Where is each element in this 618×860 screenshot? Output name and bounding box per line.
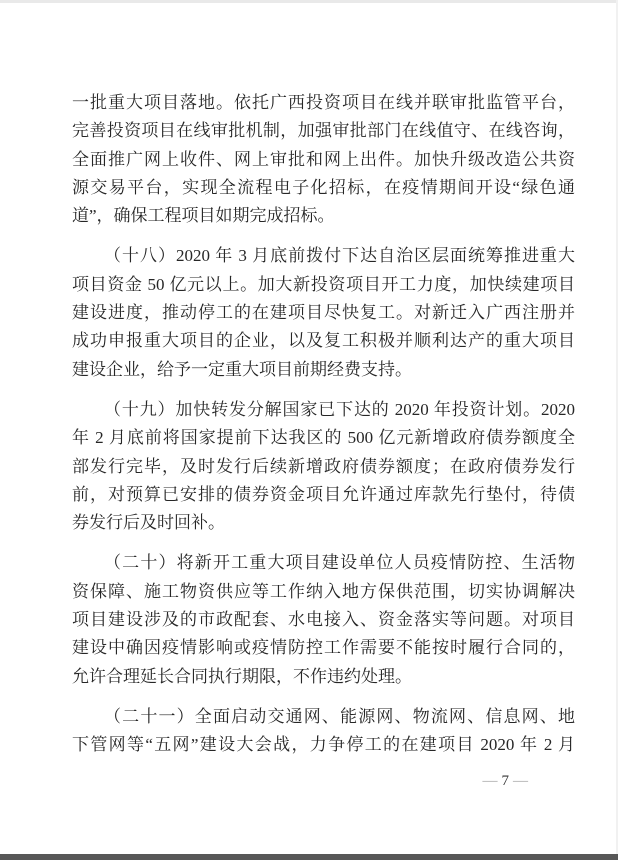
- text-line: 年 2 月底前将国家提前下达我区的 500 亿元新增政府债券额度全: [72, 424, 575, 452]
- page-bottom-bar: [0, 854, 618, 860]
- paragraph: （十九）加快转发分解国家已下达的 2020 年投资计划。2020年 2 月底前将…: [72, 396, 575, 537]
- text-line: 项目资金 50 亿元以上。加大新投资项目开工力度，加快续建项目: [72, 271, 575, 299]
- text-line: 部发行完毕，及时发行后续新增政府债券额度；在政府债券发行: [72, 453, 575, 481]
- text-line: 一批重大项目落地。依托广西投资项目在线并联审批监管平台，: [72, 89, 575, 117]
- document-body: 一批重大项目落地。依托广西投资项目在线并联审批监管平台，完善投资项目在线审批机制…: [72, 89, 575, 760]
- paragraph: 一批重大项目落地。依托广西投资项目在线并联审批监管平台，完善投资项目在线审批机制…: [72, 89, 575, 230]
- text-line: 建设企业，给予一定重大项目前期经费支持。: [72, 356, 575, 384]
- paragraph: （二十一）全面启动交通网、能源网、物流网、信息网、地下管网等“五网”建设大会战，…: [72, 703, 575, 760]
- text-line: 前，对预算已安排的债券资金项目允许通过库款先行垫付，待债: [72, 481, 575, 509]
- page-top-edge: [0, 0, 618, 3]
- text-line: （二十一）全面启动交通网、能源网、物流网、信息网、地: [72, 703, 575, 731]
- text-line: 项目建设涉及的市政配套、水电接入、资金落实等问题。对项目: [72, 606, 575, 634]
- text-line: 下管网等“五网”建设大会战，力争停工的在建项目 2020 年 2 月: [72, 731, 575, 759]
- text-line: （十九）加快转发分解国家已下达的 2020 年投资计划。2020: [72, 396, 575, 424]
- paragraph: （十八）2020 年 3 月底前拨付下达自治区层面统筹推进重大项目资金 50 亿…: [72, 242, 575, 383]
- text-line: 券发行后及时回补。: [72, 509, 575, 537]
- page-number-value: 7: [502, 771, 510, 791]
- text-line: 完善投资项目在线审批机制，加强审批部门在线值守、在线咨询，: [72, 117, 575, 145]
- page-number-dash-right: —: [513, 771, 528, 791]
- text-line: 道”，确保工程项目如期完成招标。: [72, 202, 575, 230]
- page-number-dash-left: —: [483, 771, 498, 791]
- text-line: （二十）将新开工重大项目建设单位人员疫情防控、生活物: [72, 549, 575, 577]
- paragraph: （二十）将新开工重大项目建设单位人员疫情防控、生活物资保障、施工物资供应等工作纳…: [72, 549, 575, 690]
- text-line: 全面推广网上收件、网上审批和网上出件。加快升级改造公共资: [72, 146, 575, 174]
- text-line: 建设进度，推动停工的在建项目尽快复工。对新迁入广西注册并: [72, 299, 575, 327]
- text-line: 资保障、施工物资供应等工作纳入地方保供范围，切实协调解决: [72, 578, 575, 606]
- document-page: 一批重大项目落地。依托广西投资项目在线并联审批监管平台，完善投资项目在线审批机制…: [0, 0, 618, 860]
- text-line: 允许合理延长合同执行期限，不作违约处理。: [72, 663, 575, 691]
- text-line: （十八）2020 年 3 月底前拨付下达自治区层面统筹推进重大: [72, 242, 575, 270]
- text-line: 源交易平台，实现全流程电子化招标，在疫情期间开设“绿色通: [72, 174, 575, 202]
- text-line: 成功申报重大项目的企业，以及复工积极并顺利达产的重大项目: [72, 327, 575, 355]
- page-number: — 7 —: [483, 771, 529, 791]
- text-line: 建设中确因疫情影响或疫情防控工作需要不能按时履行合同的，: [72, 634, 575, 662]
